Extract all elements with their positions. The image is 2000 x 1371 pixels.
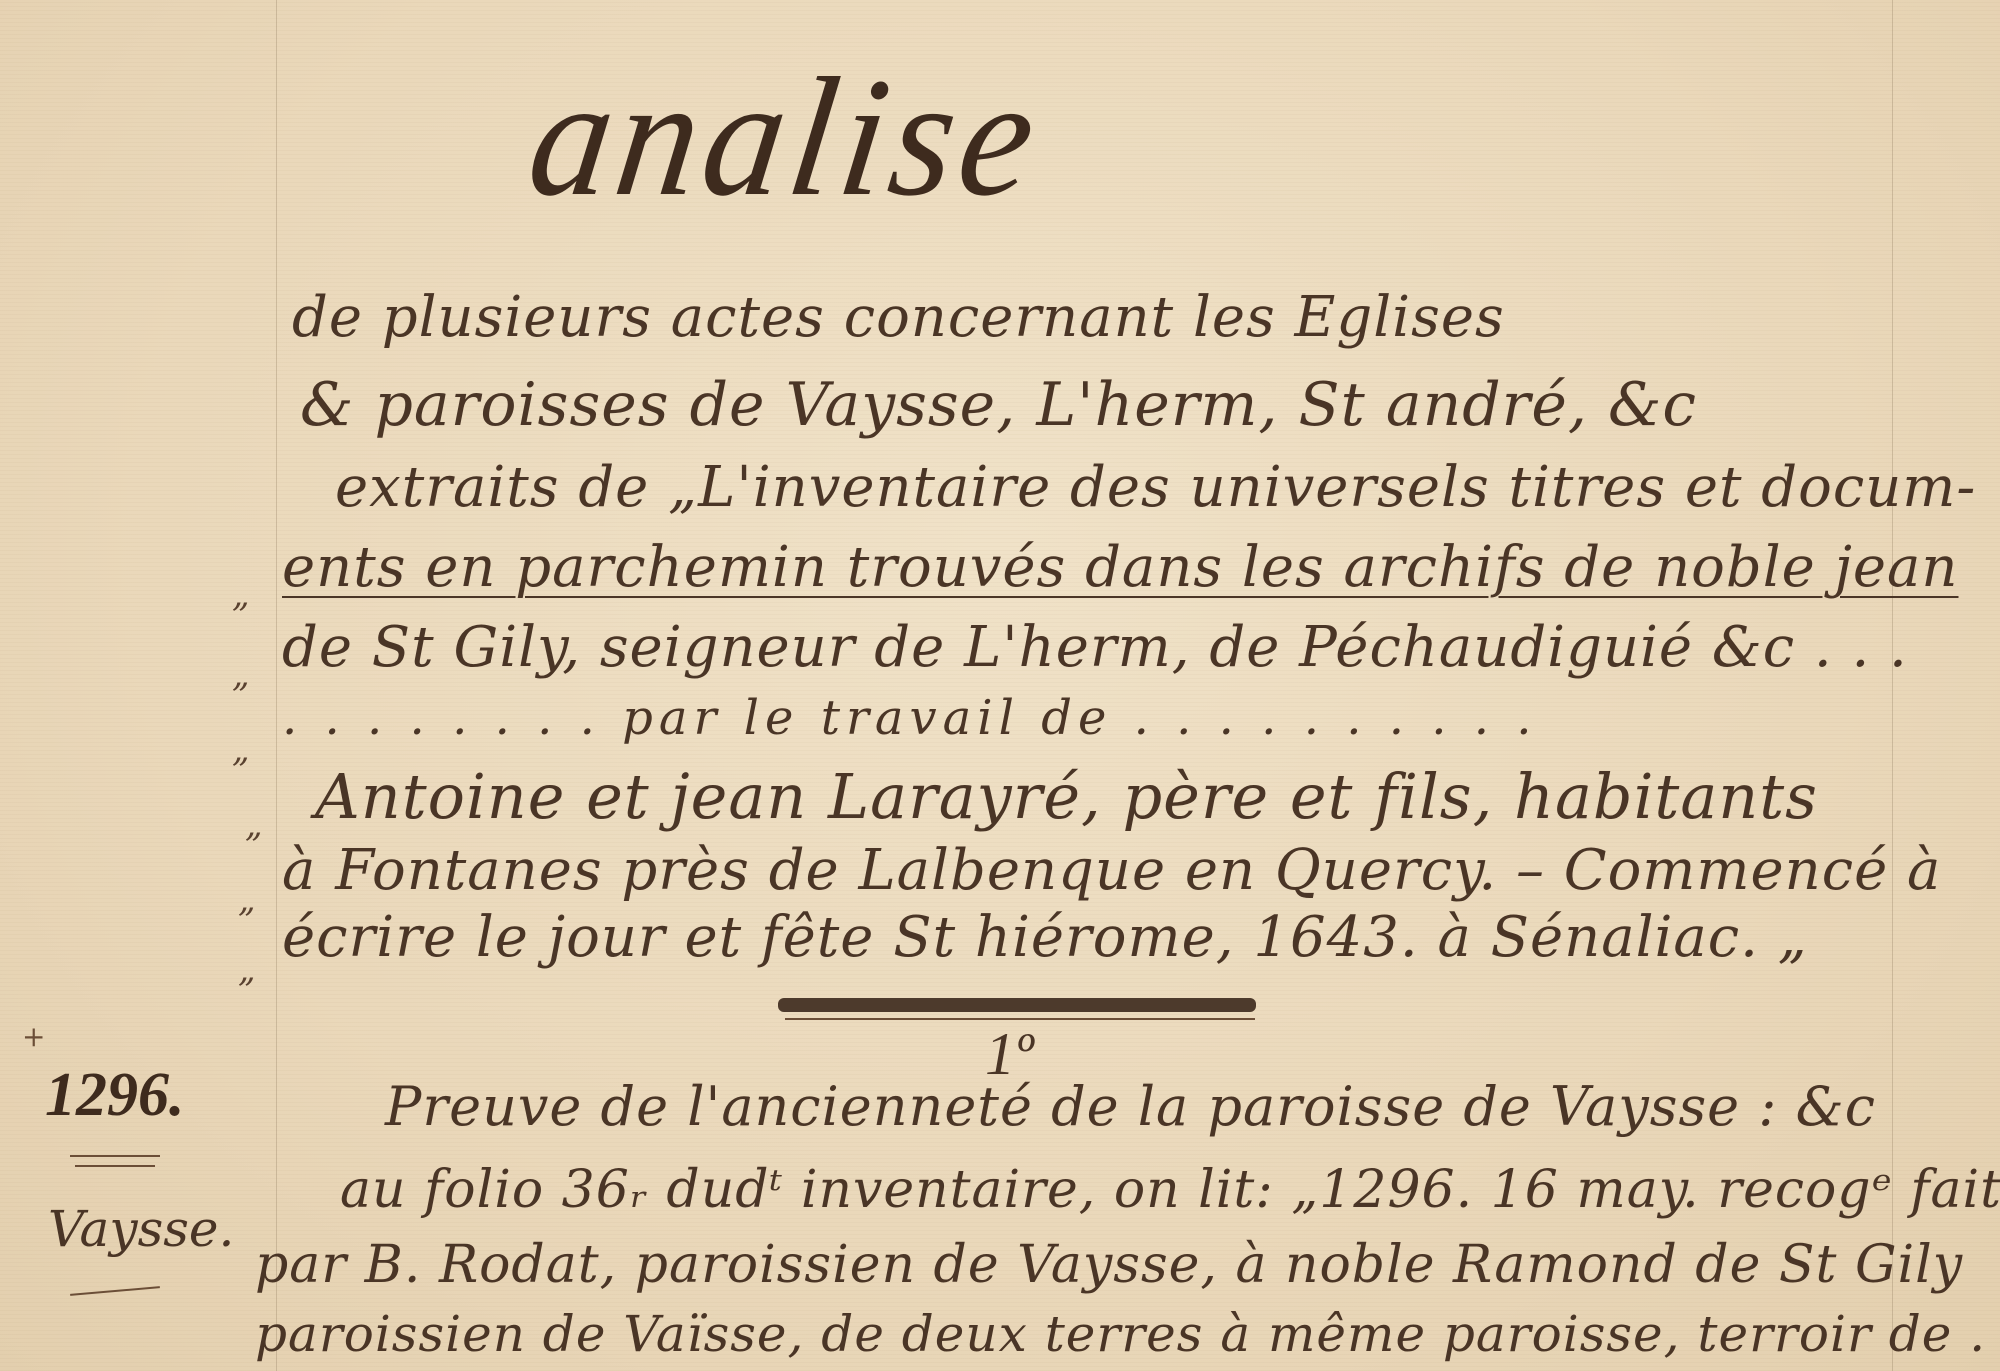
header-line-8: à Fontanes près de Lalbenque en Quercy. … [282, 838, 1941, 903]
quote-mark: „ [238, 950, 256, 990]
margin-year: 1296. [45, 1060, 185, 1131]
section-heading: Preuve de l'ancienneté de la paroisse de… [385, 1075, 1876, 1138]
body-line-2: par B. Rodat, paroissien de Vaysse, à no… [255, 1235, 1963, 1295]
margin-underline [70, 1286, 160, 1296]
quote-mark: „ [238, 880, 256, 920]
margin-underline [75, 1165, 155, 1167]
margin-cross-mark: + [22, 1020, 45, 1053]
header-line-2: & paroisses de Vaysse, L'herm, St andré,… [300, 370, 1697, 440]
left-margin-rule [276, 0, 277, 1371]
quote-mark: „ [232, 655, 250, 695]
header-line-9: écrire le jour et fête St hiérome, 1643.… [282, 905, 1808, 970]
body-line-3: paroissien de Vaïsse, de deux terres à m… [255, 1305, 2000, 1363]
quote-mark: „ [232, 575, 250, 615]
body-line-1: au folio 36ᵣ dudᵗ inventaire, on lit: „1… [340, 1160, 2000, 1220]
document-title: analise [519, 40, 1051, 235]
header-line-6: . . . . . . . . par le travail de . . . … [282, 690, 1538, 746]
quote-mark: „ [232, 730, 250, 770]
separator-rule-thick [778, 998, 1256, 1012]
header-line-4: ents en parchemin trouvés dans les archi… [282, 535, 1959, 600]
header-line-1: de plusieurs actes concernant les Eglise… [292, 285, 1505, 350]
margin-underline [70, 1155, 160, 1157]
header-line-5: de St Gily, seigneur de L'herm, de Pécha… [282, 615, 1908, 680]
quote-mark: „ [245, 805, 263, 845]
margin-place: Vaysse. [48, 1200, 234, 1258]
header-line-7: Antoine et jean Larayré, père et fils, h… [315, 760, 1818, 833]
header-line-3: extraits de „L'inventaire des universels… [335, 455, 1976, 520]
